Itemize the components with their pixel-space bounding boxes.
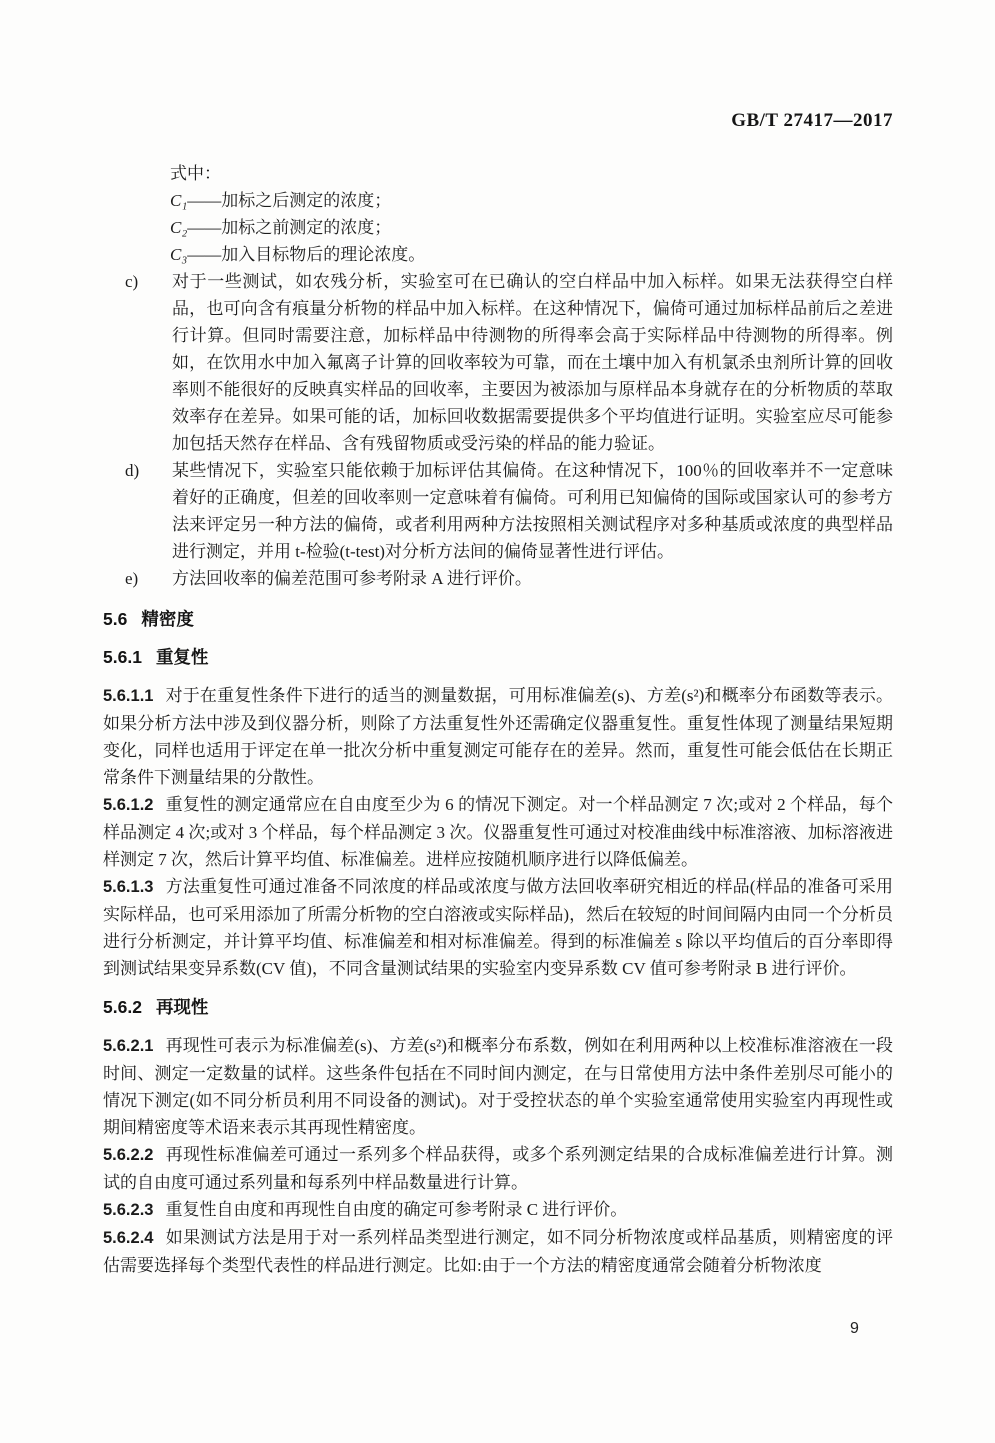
symbol-term: C₁ <box>170 191 187 210</box>
section-number: 5.6 <box>103 609 127 629</box>
symbol-definition-row: C₁——加标之后测定的浓度； <box>170 187 893 214</box>
page-header: GB/T 27417—2017 <box>103 110 893 132</box>
paragraph-5-6-2-3: 5.6.2.3重复性自由度和再现性自由度的确定可参考附录 C 进行评价。 <box>103 1196 893 1224</box>
paragraph-5-6-1-2: 5.6.1.2重复性的测定通常应在自由度至少为 6 的情况下测定。对一个样品测定… <box>103 791 893 873</box>
subsection-heading-repeatability: 5.6.1重复性 <box>103 644 893 670</box>
paragraph-number: 5.6.2.3 <box>103 1201 153 1219</box>
paragraph-text: 重复性自由度和再现性自由度的确定可参考附录 C 进行评价。 <box>165 1200 627 1219</box>
paragraph-text: 再现性标准偏差可通过一系列多个样品获得，或多个系列测定结果的合成标准偏差进行计算… <box>103 1145 893 1192</box>
paragraph-text: 重复性的测定通常应在自由度至少为 6 的情况下测定。对一个样品测定 7 次;或对… <box>103 795 893 869</box>
symbol-description: ——加标之前测定的浓度； <box>187 218 391 237</box>
paragraph-text: 对于在重复性条件下进行的适当的测量数据，可用标准偏差(s)、方差(s²)和概率分… <box>103 686 893 787</box>
formula-where-block: 式中： C₁——加标之后测定的浓度； C₂——加标之前测定的浓度； C₃——加入… <box>170 160 893 268</box>
paragraph-text: 再现性可表示为标准偏差(s)、方差(s²)和概率分布系数，例如在利用两种以上校准… <box>103 1036 893 1137</box>
list-item-e: e) 方法回收率的偏差范围可参考附录 A 进行评价。 <box>103 565 893 592</box>
paragraph-5-6-2-4: 5.6.2.4如果测试方法是用于对一系列样品类型进行测定，如不同分析物浓度或样品… <box>103 1224 893 1279</box>
paragraph-number: 5.6.1.1 <box>103 687 153 705</box>
list-marker: e) <box>103 565 172 592</box>
paragraph-text: 方法重复性可通过准备不同浓度的样品或浓度与做方法回收率研究相近的样品(样品的准备… <box>103 877 893 978</box>
paragraph-number: 5.6.2.1 <box>103 1037 153 1055</box>
section-title: 再现性 <box>156 997 209 1017</box>
paragraph-number: 5.6.2.2 <box>103 1146 153 1164</box>
page-content: 式中： C₁——加标之后测定的浓度； C₂——加标之前测定的浓度； C₃——加入… <box>103 160 893 1279</box>
list-item-d: d) 某些情况下，实验室只能依赖于加标评估其偏倚。在这种情况下，100％的回收率… <box>103 457 893 565</box>
page-number: 9 <box>850 1320 859 1338</box>
paragraph-5-6-1-3: 5.6.1.3方法重复性可通过准备不同浓度的样品或浓度与做方法回收率研究相近的样… <box>103 873 893 982</box>
paragraph-text: 如果测试方法是用于对一系列样品类型进行测定，如不同分析物浓度或样品基质，则精密度… <box>103 1228 893 1275</box>
symbol-definition-row: C₂——加标之前测定的浓度； <box>170 214 893 241</box>
paragraph-5-6-1-1: 5.6.1.1对于在重复性条件下进行的适当的测量数据，可用标准偏差(s)、方差(… <box>103 682 893 791</box>
standard-number: GB/T 27417—2017 <box>731 110 893 131</box>
paragraph-5-6-2-1: 5.6.2.1再现性可表示为标准偏差(s)、方差(s²)和概率分布系数，例如在利… <box>103 1032 893 1141</box>
list-item-text: 对于一些测试，如农残分析，实验室可在已确认的空白样品中加入标样。如果无法获得空白… <box>172 268 893 457</box>
list-marker: d) <box>103 457 172 565</box>
symbol-description: ——加入目标物后的理论浓度。 <box>187 245 425 264</box>
paragraph-number: 5.6.1.2 <box>103 796 153 814</box>
section-number: 5.6.2 <box>103 997 142 1017</box>
list-marker: c) <box>103 268 172 457</box>
symbol-term: C₂ <box>170 218 187 237</box>
list-item-c: c) 对于一些测试，如农残分析，实验室可在已确认的空白样品中加入标样。如果无法获… <box>103 268 893 457</box>
section-title: 重复性 <box>156 647 209 667</box>
list-item-text: 方法回收率的偏差范围可参考附录 A 进行评价。 <box>172 565 893 592</box>
document-page: GB/T 27417—2017 式中： C₁——加标之后测定的浓度； C₂——加… <box>0 0 995 1443</box>
symbol-description: ——加标之后测定的浓度； <box>187 191 391 210</box>
section-number: 5.6.1 <box>103 647 142 667</box>
paragraph-5-6-2-2: 5.6.2.2再现性标准偏差可通过一系列多个样品获得，或多个系列测定结果的合成标… <box>103 1141 893 1196</box>
paragraph-number: 5.6.1.3 <box>103 878 153 896</box>
section-heading-precision: 5.6精密度 <box>103 606 893 632</box>
paragraph-number: 5.6.2.4 <box>103 1229 153 1247</box>
formula-where-label: 式中： <box>170 160 893 187</box>
symbol-term: C₃ <box>170 245 187 264</box>
subsection-heading-reproducibility: 5.6.2再现性 <box>103 994 893 1020</box>
symbol-definition-row: C₃——加入目标物后的理论浓度。 <box>170 241 893 268</box>
section-title: 精密度 <box>141 609 194 629</box>
list-item-text: 某些情况下，实验室只能依赖于加标评估其偏倚。在这种情况下，100％的回收率并不一… <box>172 457 893 565</box>
